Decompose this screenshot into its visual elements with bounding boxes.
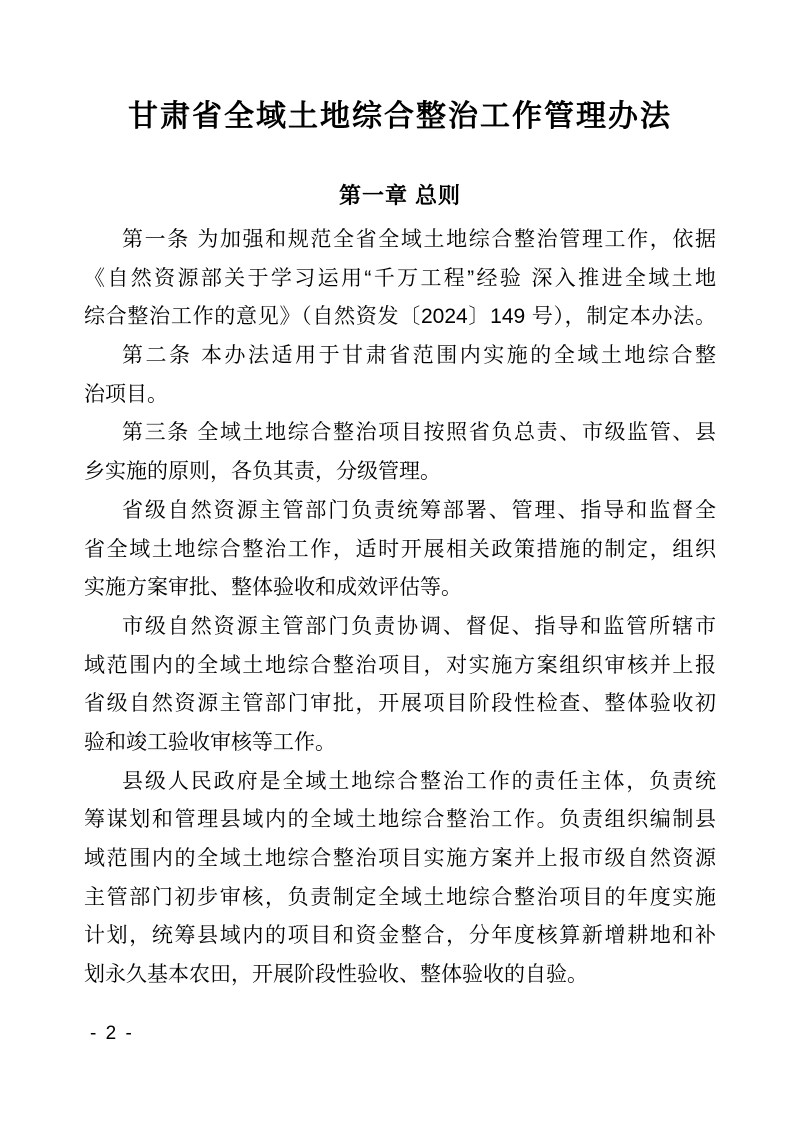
text-line: 乡实施的原则，各负其责，分级管理。 bbox=[84, 453, 716, 492]
document-body: 第一条 为加强和规范全省全域土地综合整治管理工作，依据 《自然资源部关于学习运用… bbox=[84, 221, 716, 995]
text-line: 域范围内的全域土地综合整治项目实施方案并上报市级自然资源 bbox=[84, 840, 716, 879]
text-line: 第一条 为加强和规范全省全域土地综合整治管理工作，依据 bbox=[84, 221, 716, 260]
paragraph-municipal-duties: 市级自然资源主管部门负责协调、督促、指导和监管所辖市 域范围内的全域土地综合整治… bbox=[84, 608, 716, 763]
document-page: 甘肃省全域土地综合整治工作管理办法 第一章 总则 第一条 为加强和规范全省全域土… bbox=[0, 0, 800, 1132]
text-line: 省全域土地综合整治工作，适时开展相关政策措施的制定，组织 bbox=[84, 531, 716, 570]
text-line: 域范围内的全域土地综合整治项目，对实施方案组织审核并上报 bbox=[84, 647, 716, 686]
paragraph-article-2: 第二条 本办法适用于甘肃省范围内实施的全域土地综合整 治项目。 bbox=[84, 337, 716, 414]
page-number: - 2 - bbox=[90, 1022, 134, 1046]
text-line: 实施方案审批、整体验收和成效评估等。 bbox=[84, 569, 716, 608]
text-line: 治项目。 bbox=[84, 376, 716, 415]
text-line: 省级自然资源主管部门审批，开展项目阶段性检查、整体验收初 bbox=[84, 685, 716, 724]
text-line: 县级人民政府是全域土地综合整治工作的责任主体，负责统 bbox=[84, 763, 716, 802]
text-line: 《自然资源部关于学习运用“千万工程”经验 深入推进全域土地 bbox=[84, 260, 716, 299]
text-line: 综合整治工作的意见》（自然资发〔2024〕149 号），制定本办法。 bbox=[84, 298, 716, 337]
paragraph-provincial-duties: 省级自然资源主管部门负责统筹部署、管理、指导和监督全 省全域土地综合整治工作，适… bbox=[84, 492, 716, 608]
document-title: 甘肃省全域土地综合整治工作管理办法 bbox=[0, 98, 800, 136]
text-line: 筹谋划和管理县域内的全域土地综合整治工作。负责组织编制县 bbox=[84, 801, 716, 840]
paragraph-county-duties: 县级人民政府是全域土地综合整治工作的责任主体，负责统 筹谋划和管理县域内的全域土… bbox=[84, 763, 716, 995]
paragraph-article-3: 第三条 全域土地综合整治项目按照省负总责、市级监管、县 乡实施的原则，各负其责，… bbox=[84, 414, 716, 491]
paragraph-article-1: 第一条 为加强和规范全省全域土地综合整治管理工作，依据 《自然资源部关于学习运用… bbox=[84, 221, 716, 337]
text-line: 主管部门初步审核，负责制定全域土地综合整治项目的年度实施 bbox=[84, 879, 716, 918]
text-line: 验和竣工验收审核等工作。 bbox=[84, 724, 716, 763]
text-line: 划永久基本农田，开展阶段性验收、整体验收的自验。 bbox=[84, 956, 716, 995]
chapter-heading: 第一章 总则 bbox=[0, 181, 800, 211]
text-line: 第三条 全域土地综合整治项目按照省负总责、市级监管、县 bbox=[84, 414, 716, 453]
text-line: 省级自然资源主管部门负责统筹部署、管理、指导和监督全 bbox=[84, 492, 716, 531]
text-line: 计划，统筹县域内的项目和资金整合，分年度核算新增耕地和补 bbox=[84, 917, 716, 956]
text-line: 第二条 本办法适用于甘肃省范围内实施的全域土地综合整 bbox=[84, 337, 716, 376]
text-line: 市级自然资源主管部门负责协调、督促、指导和监管所辖市 bbox=[84, 608, 716, 647]
